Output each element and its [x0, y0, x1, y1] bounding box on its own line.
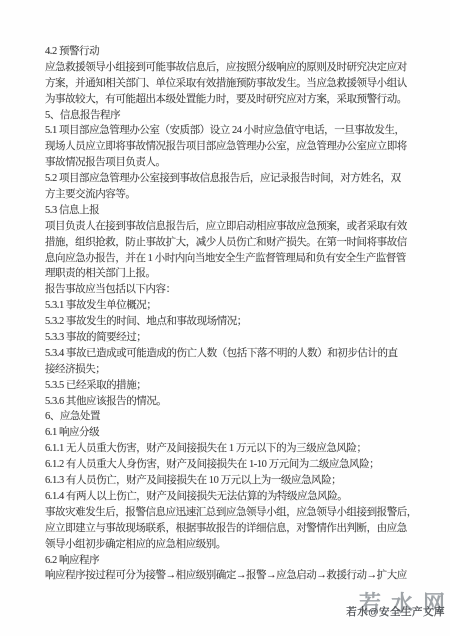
document-line: 措施，组织抢救，防止事故扩大，减少人员伤亡和财产损失。在第一时间将事故信	[45, 235, 410, 251]
document-line: 6.1.3 有人员伤亡，财产及间接损失在 10 万元以上为一级应急风险；	[45, 473, 410, 489]
document-line: 报告事故应当包括以下内容：	[45, 282, 410, 298]
document-line: 4.2 预警行动	[45, 44, 410, 60]
document-page: 4.2 预警行动应急救援领导小组接到可能事故信息后，应按照分级响应的原则及时研究…	[0, 0, 450, 636]
document-line: 息向应急办报告，并在 1 小时内向当地安全生产监督管理局和负有安全生产监督管	[45, 251, 410, 267]
watermark: 若水网 若水@安全生产文库	[315, 592, 445, 618]
document-line: 方案，并通知相关部门、单位采取有效措施预防事故发生。当应急救援领导小组认	[45, 76, 410, 92]
document-body: 4.2 预警行动应急救援领导小组接到可能事故信息后，应按照分级响应的原则及时研究…	[45, 44, 410, 584]
document-line: 5.3.6 其他应该报告的情况。	[45, 394, 410, 410]
document-line: 5.3.3 事故的简要经过；	[45, 330, 410, 346]
document-line: 理职责的相关部门上报。	[45, 266, 410, 282]
document-line: 事故灾难发生后，报警信息应迅速汇总到应急领导小组，应急领导小组接到报警后，	[45, 505, 410, 521]
document-line: 接经济损失；	[45, 362, 410, 378]
watermark-subtitle: 若水@安全生产文库	[315, 606, 445, 618]
document-line: 为事故较大，有可能超出本级处置能力时，要及时研究应对方案，采取预警行动。	[45, 92, 410, 108]
document-line: 6.1 响应分级	[45, 425, 410, 441]
document-line: 5.3.4 事故已造成或可能造成的伤亡人数（包括下落不明的人数）和初步估计的直	[45, 346, 410, 362]
document-line: 应急救援领导小组接到可能事故信息后，应按照分级响应的原则及时研究决定应对	[45, 60, 410, 76]
document-line: 6.1.2 有人员重大人身伤害，财产及间接损失在 1-10 万元间为二级应急风险…	[45, 457, 410, 473]
document-line: 5.2 项目部应急管理办公室接到事故信息报告后，应记录报告时间，对方姓名，双	[45, 171, 410, 187]
document-line: 事故情况报告项目负责人。	[45, 155, 410, 171]
document-line: 现场人员应立即将事故情况报告项目部应急管理办公室，应急管理办公室应立即将	[45, 139, 410, 155]
document-line: 6、应急处置	[45, 409, 410, 425]
document-line: 6.1.4 有两人以上伤亡，财产及间接损失无法估算的为特级应急风险。	[45, 489, 410, 505]
document-line: 5.1 项目部应急管理办公室（安质部）设立 24 小时应急值守电话，一旦事故发生…	[45, 123, 410, 139]
document-line: 5.3.2 事故发生的时间、地点和事故现场情况；	[45, 314, 410, 330]
document-line: 5、信息报告程序	[45, 108, 410, 124]
document-line: 应立即建立与事故现场联系，根据事故报告的详细信息，对警情作出判断，由应急	[45, 521, 410, 537]
document-line: 5.3.5 已经采取的措施；	[45, 378, 410, 394]
document-line: 6.2 响应程序	[45, 553, 410, 569]
watermark-logo-text: 若水网	[315, 592, 450, 616]
document-line: 项目负责人在接到事故信息报告后，应立即启动相应事故应急预案，或者采取有效	[45, 219, 410, 235]
document-line: 5.3.1 事故发生单位概况；	[45, 298, 410, 314]
document-line: 6.1.1 无人员重大伤害，财产及间接损失在 1 万元以下的为三级应急风险；	[45, 441, 410, 457]
document-line: 响应程序按过程可分为接警→相应级别确定→报警→应急启动→救援行动→扩大应	[45, 568, 410, 584]
document-line: 领导小组初步确定相应的应急相应级别。	[45, 537, 410, 553]
document-line: 5.3 信息上报	[45, 203, 410, 219]
document-line: 方主要交流内容等。	[45, 187, 410, 203]
